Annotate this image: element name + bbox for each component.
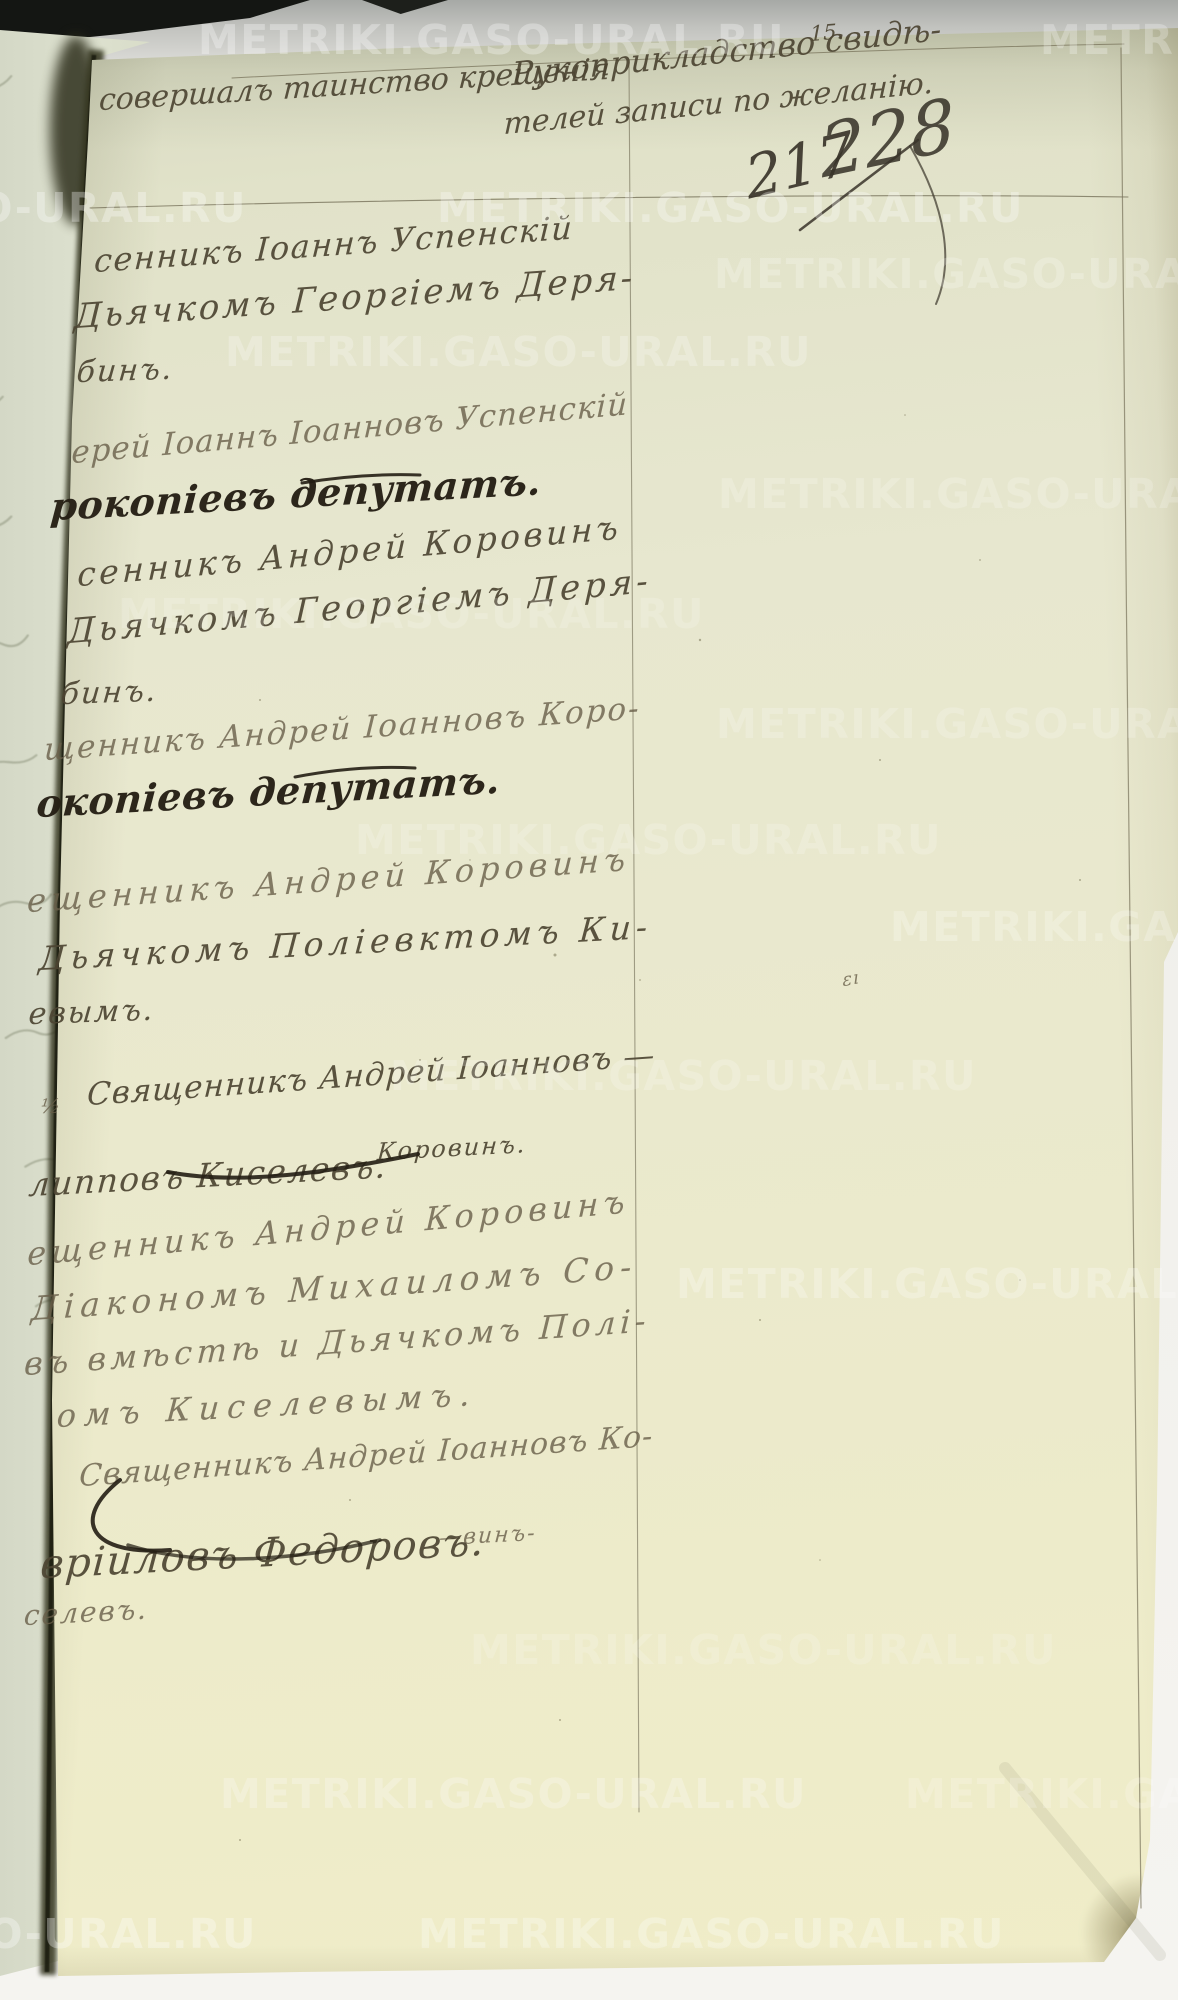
entry-line: бинъ.: [75, 355, 175, 388]
entry-line: селевъ.: [23, 1595, 149, 1630]
entry-line-small: Коровинъ.: [376, 1132, 527, 1164]
entry-line: евымъ.: [27, 996, 156, 1031]
scanned-page-photo: совершалъ таинство крещенія Рукоприкладс…: [0, 0, 1178, 2000]
folio-number: 15.: [810, 21, 843, 45]
margin-mark: ½: [40, 1096, 62, 1116]
entry-line: бинъ.: [59, 677, 159, 710]
margin-mark: ɛı: [842, 969, 860, 990]
